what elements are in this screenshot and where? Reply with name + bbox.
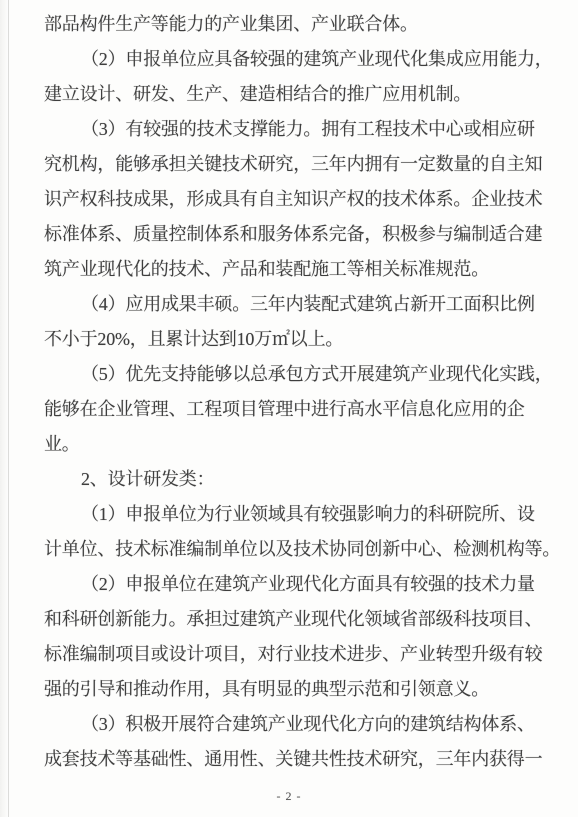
page-number: - 2 - <box>0 789 578 804</box>
text-line: （1）申报单位为行业领域具有较强影响力的科研院所、设 <box>44 497 544 532</box>
text-line: 标准体系、质量控制体系和服务体系完备，积极参与编制适合建 <box>44 217 544 252</box>
text-line: 筑产业现代化的技术、产品和装配施工等相关标准规范。 <box>44 252 544 287</box>
text-line: （3）有较强的技术支撑能力。拥有工程技术中心或相应研 <box>44 112 544 147</box>
text-line: 建立设计、研发、生产、建造相结合的推广应用机制。 <box>44 77 544 112</box>
text-line: 部品构件生产等能力的产业集团、产业联合体。 <box>44 7 544 42</box>
text-line: 和科研创新能力。承担过建筑产业现代化领域省部级科技项目、 <box>44 602 544 637</box>
text-line: （3）积极开展符合建筑产业现代化方向的建筑结构体系、 <box>44 707 544 742</box>
text-line: （2）申报单位应具备较强的建筑产业现代化集成应用能力， <box>44 42 544 77</box>
text-line: 强的引导和推动作用，具有明显的典型示范和引领意义。 <box>44 672 544 707</box>
text-line: 究机构，能够承担关键技术研究，三年内拥有一定数量的自主知 <box>44 147 544 182</box>
text-line: 标准编制项目或设计项目，对行业技术进步、产业转型升级有较 <box>44 637 544 672</box>
text-line: （2）申报单位在建筑产业现代化方面具有较强的技术力量 <box>44 567 544 602</box>
text-line: （5）优先支持能够以总承包方式开展建筑产业现代化实践， <box>44 357 544 392</box>
text-line: 识产权科技成果，形成具有自主知识产权的技术体系。企业技术 <box>44 182 544 217</box>
text-line: （4）应用成果丰硕。三年内装配式建筑占新开工面积比例 <box>44 287 544 322</box>
text-line: 业。 <box>44 427 544 462</box>
text-line: 成套技术等基础性、通用性、关键共性技术研究，三年内获得一 <box>44 742 544 777</box>
text-line: 不小于20%，且累计达到10万㎡以上。 <box>44 322 544 357</box>
document-body: 部品构件生产等能力的产业集团、产业联合体。（2）申报单位应具备较强的建筑产业现代… <box>0 0 578 777</box>
document-page: 部品构件生产等能力的产业集团、产业联合体。（2）申报单位应具备较强的建筑产业现代… <box>0 0 578 817</box>
text-line: 计单位、技术标准编制单位以及技术协同创新中心、检测机构等。 <box>44 532 544 567</box>
text-line: 能够在企业管理、工程项目管理中进行高水平信息化应用的企 <box>44 392 544 427</box>
text-line: 2、设计研发类： <box>44 462 544 497</box>
